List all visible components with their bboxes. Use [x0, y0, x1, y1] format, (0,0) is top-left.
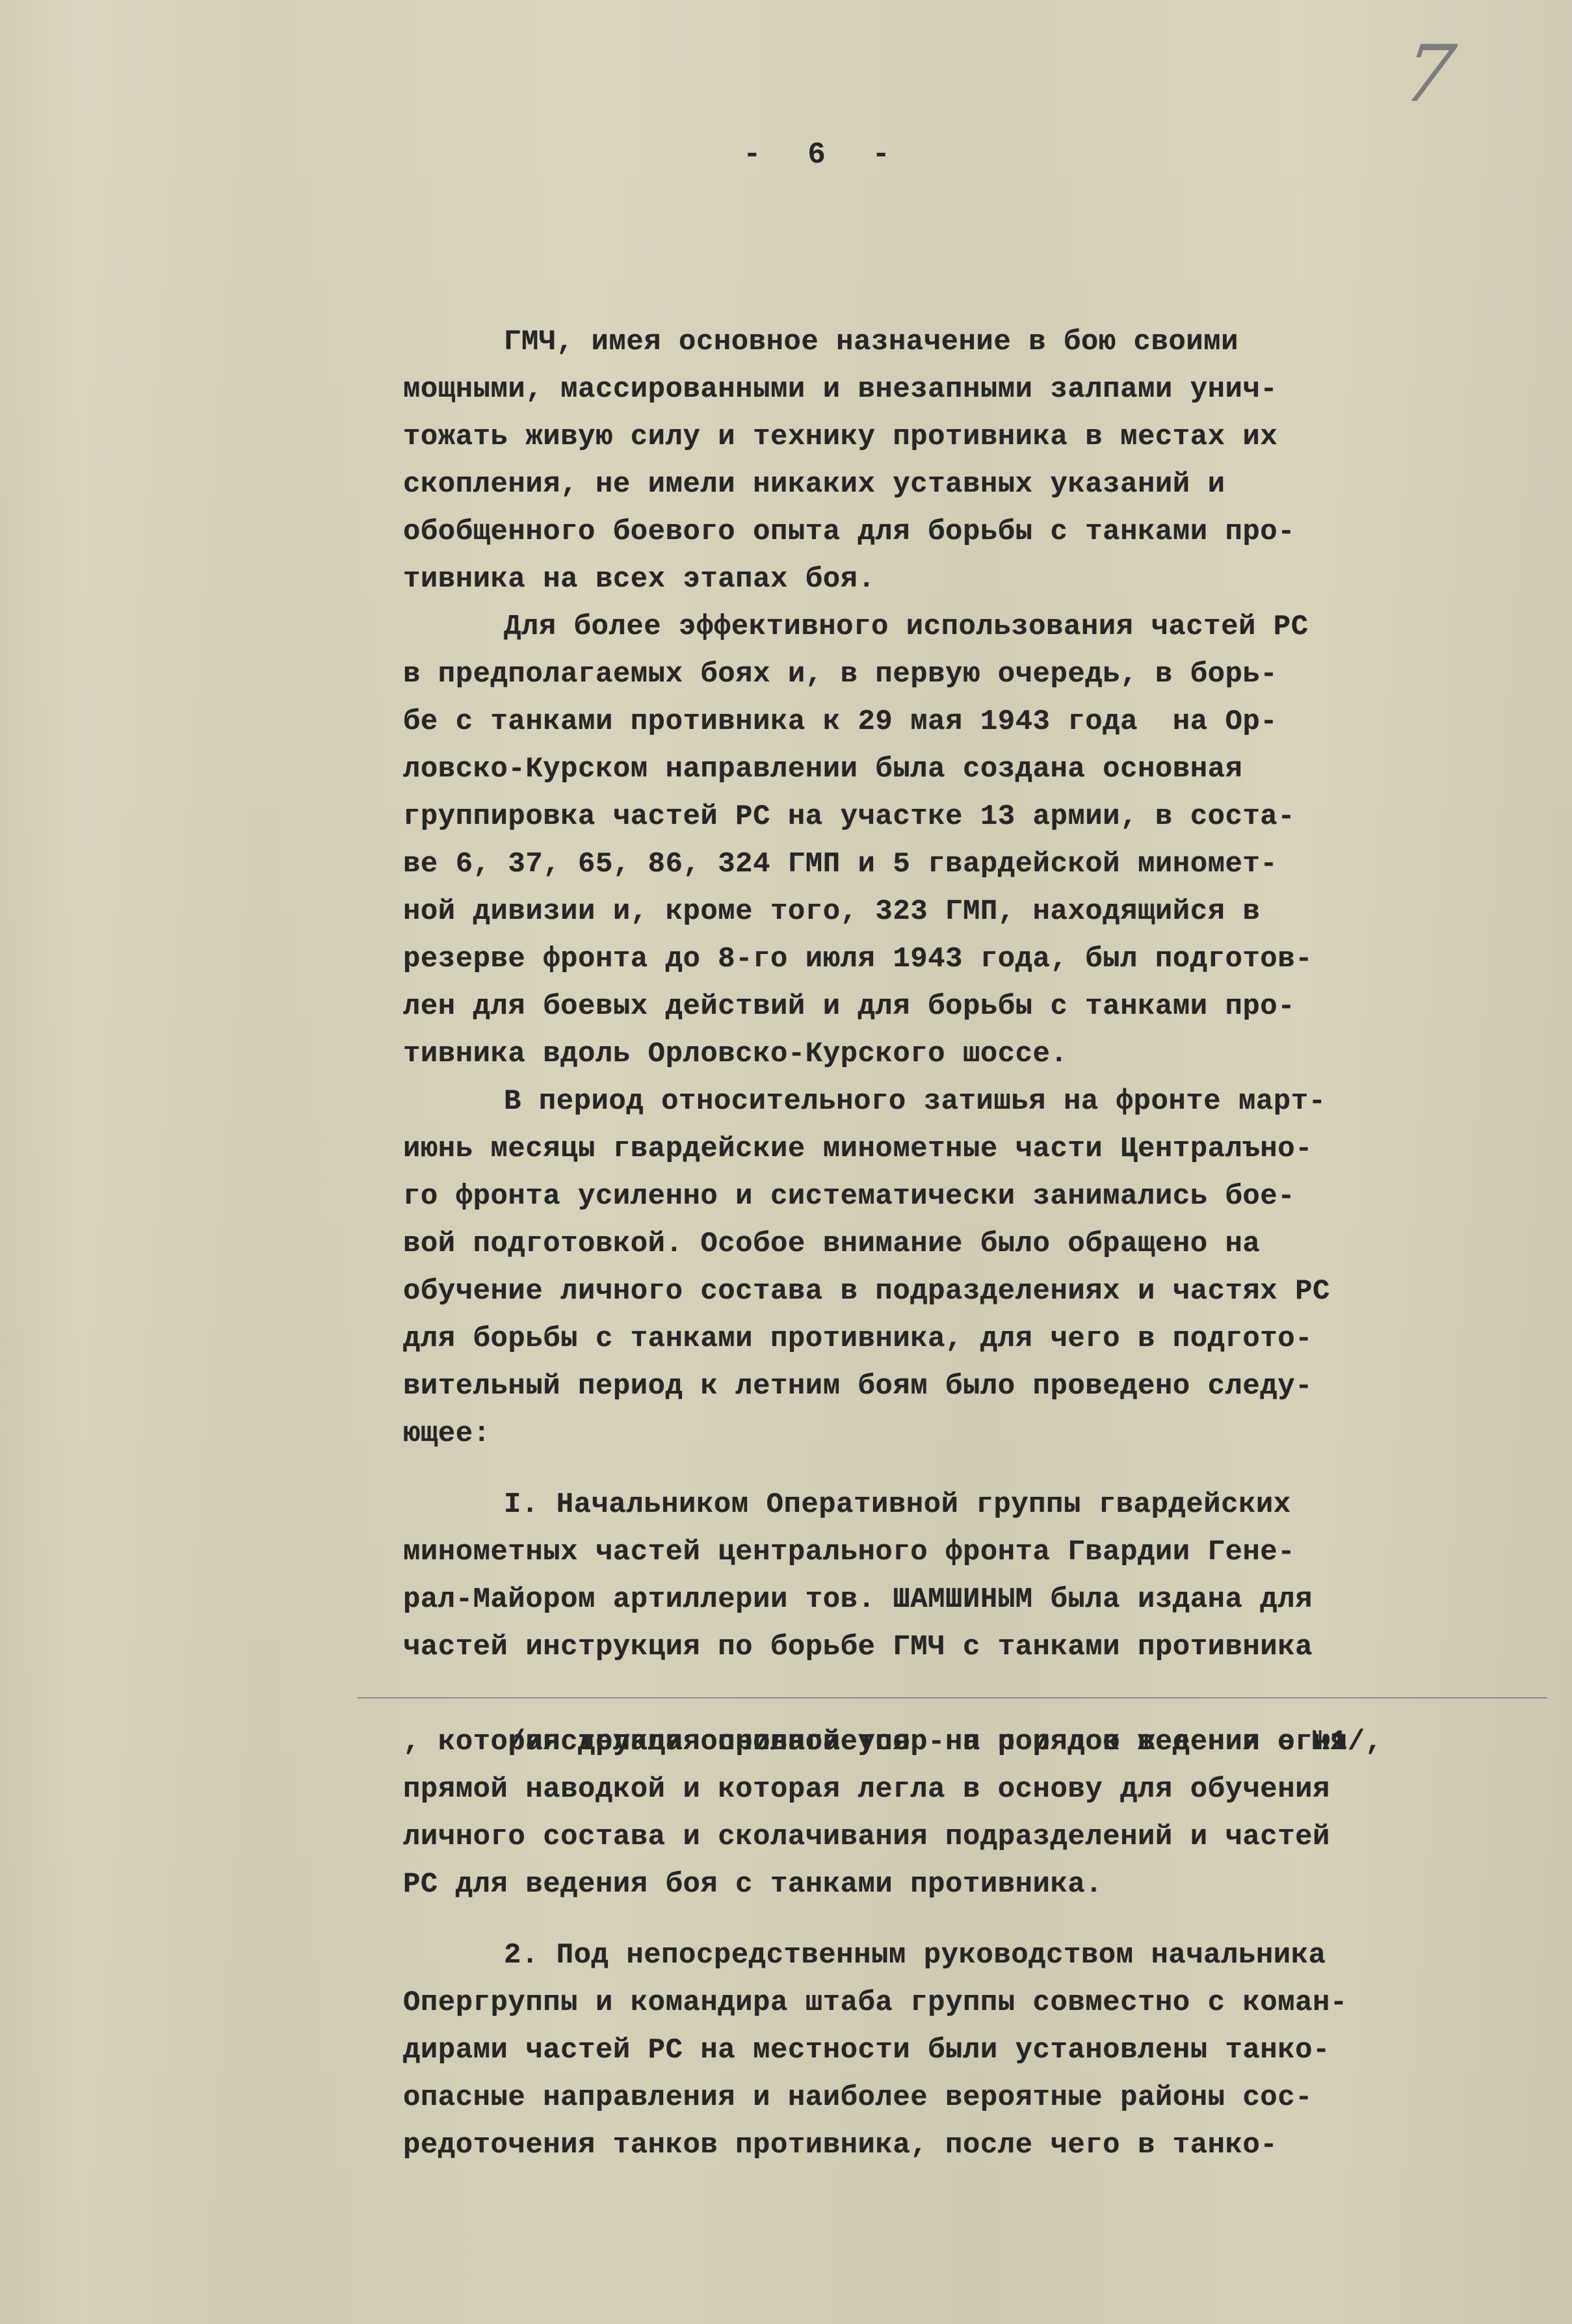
handwritten-folio-number: 7	[1399, 36, 1460, 114]
page-number: - 6 -	[743, 138, 904, 172]
text-line: группировка частей РС на участке 13 арми…	[403, 793, 1521, 841]
spacer	[403, 1458, 1521, 1481]
text-line: ной дивизии и, кроме того, 323 ГМП, нахо…	[403, 888, 1521, 936]
text-line: вительный период к летним боям было пров…	[403, 1363, 1521, 1410]
text-line: тожать живую силу и технику противника в…	[403, 414, 1521, 461]
text-line: ющее:	[403, 1410, 1521, 1458]
paragraph-2: Для более эффективного использования час…	[403, 603, 1521, 1078]
text-line: дирами частей РС на местности были устан…	[403, 2027, 1521, 2074]
text-line: 2. Под непосредственным руководством нач…	[403, 1932, 1521, 1979]
text-line: минометных частей центрального фронта Гв…	[403, 1529, 1521, 1576]
text-line: прямой наводкой и которая легла в основу…	[403, 1766, 1521, 1814]
document-body: ГМЧ, имея основное назначение в бою свои…	[403, 319, 1521, 2169]
text-line: для борьбы с танками противника, для чег…	[403, 1315, 1521, 1363]
text-line: мощными, массированными и внезапными зал…	[403, 366, 1521, 414]
text-line: резерве фронта до 8-го июля 1943 года, б…	[403, 936, 1521, 983]
text-line: вой подготовкой. Особое внимание было об…	[403, 1221, 1521, 1268]
text-line: в предполагаемых боях и, в первую очеред…	[403, 651, 1521, 698]
text-line: тивника на всех этапах боя.	[403, 556, 1521, 603]
text-line: опасные направления и наиболее вероятные…	[403, 2074, 1521, 2122]
text-line: РС для ведения боя с танками противника.	[403, 1861, 1521, 1908]
text-line: Для более эффективного использования час…	[403, 603, 1521, 651]
spacer	[403, 1908, 1521, 1932]
text-line: обобщенного боевого опыта для борьбы с т…	[403, 508, 1521, 556]
text-line: го фронта усиленно и систематически зани…	[403, 1173, 1521, 1221]
text-line: обучение личного состава в подразделения…	[403, 1268, 1521, 1315]
text-line: Опергруппы и командира штаба группы совм…	[403, 1979, 1521, 2027]
text-line: рал-Майором артиллерии тов. ШАМШИНЫМ был…	[403, 1576, 1521, 1624]
text-line: I. Начальником Оперативной группы гварде…	[403, 1481, 1521, 1529]
paragraph-item-1: I. Начальником Оперативной группы гварде…	[403, 1481, 1521, 1908]
text-line: июнь месяцы гвардейские минометные части…	[403, 1126, 1521, 1173]
text-line: частей инструкция по борьбе ГМЧ с танкам…	[403, 1624, 1521, 1671]
pencil-strikethrough	[358, 1697, 1547, 1698]
struck-text-line: /инструкция прилагается - п р и л о ж е …	[403, 1671, 1521, 1719]
paragraph-3: В период относительного затишья на фронт…	[403, 1078, 1521, 1458]
text-line: редоточения танков противника, после чег…	[403, 2122, 1521, 2169]
text-line: лен для боевых действий и для борьбы с т…	[403, 983, 1521, 1031]
text-line: ве 6, 37, 65, 86, 324 ГМП и 5 гвардейско…	[403, 841, 1521, 888]
text-line: , которая делала основной упор на порядо…	[403, 1719, 1521, 1766]
text-line: В период относительного затишья на фронт…	[403, 1078, 1521, 1126]
text-line: скопления, не имели никаких уставных ука…	[403, 461, 1521, 508]
text-line: тивника вдоль Орловско-Курского шоссе.	[403, 1031, 1521, 1078]
paragraph-item-2: 2. Под непосредственным руководством нач…	[403, 1932, 1521, 2169]
text-line: личного состава и сколачивания подраздел…	[403, 1814, 1521, 1861]
text-line: ловско-Курском направлении была создана …	[403, 746, 1521, 793]
text-line: бе с танками противника к 29 мая 1943 го…	[403, 698, 1521, 746]
text-line: ГМЧ, имея основное назначение в бою свои…	[403, 319, 1521, 366]
paragraph-1: ГМЧ, имея основное назначение в бою свои…	[403, 319, 1521, 603]
